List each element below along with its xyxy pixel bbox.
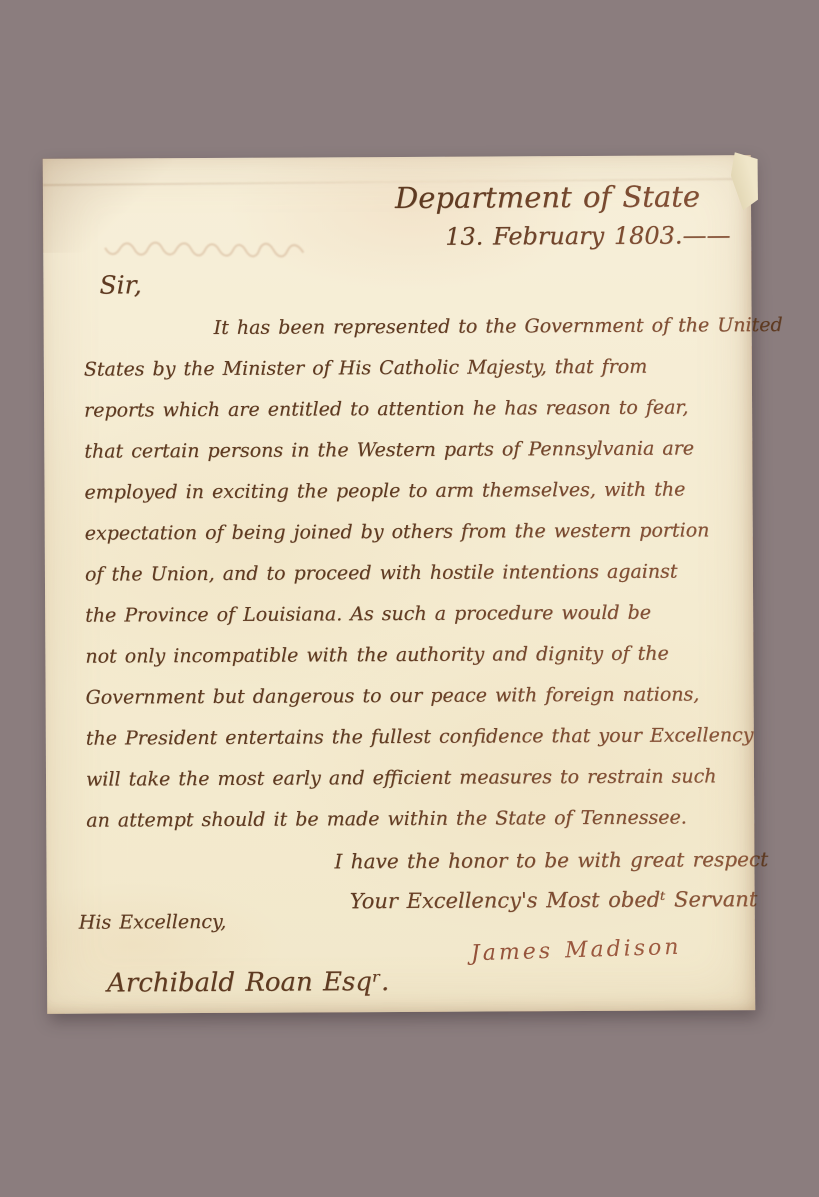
letter-line: reports which are entitled to attention … bbox=[84, 387, 748, 431]
letter-line: Government but dangerous to our peace wi… bbox=[85, 674, 749, 718]
letter-line: that certain persons in the Western part… bbox=[84, 428, 748, 472]
letter-line: expectation of being joined by others fr… bbox=[85, 510, 749, 554]
letter-line: an attempt should it be made within the … bbox=[86, 797, 750, 841]
letter-line: It has been represented to the Governmen… bbox=[84, 305, 748, 349]
recipient-salutation: His Excellency, bbox=[79, 911, 227, 934]
corner-crease bbox=[42, 157, 172, 253]
letter-line: of the Union, and to proceed with hostil… bbox=[85, 551, 749, 595]
letter-paper: Department of State 13. February 1803.——… bbox=[43, 155, 755, 1014]
letter-body: It has been represented to the Governmen… bbox=[84, 305, 751, 841]
date-line: 13. February 1803.—— bbox=[445, 221, 730, 250]
salutation: Sir, bbox=[99, 270, 141, 299]
letter-line: the Province of Louisiana. As such a pro… bbox=[85, 592, 749, 636]
letter-line: will take the most early and efficient m… bbox=[86, 756, 750, 800]
recipient-name: Archibald Roan Esqʳ. bbox=[107, 967, 389, 998]
closing-servant-line: Your Excellency's Most obedᵗ Servant bbox=[350, 887, 758, 913]
ink-bleedthrough bbox=[77, 230, 308, 271]
letter-line: States by the Minister of His Catholic M… bbox=[84, 346, 748, 390]
letter-line: not only incompatible with the authority… bbox=[85, 633, 749, 677]
folded-corner bbox=[731, 152, 758, 210]
closing-honor-line: I have the honor to be with great respec… bbox=[334, 847, 768, 873]
department-heading: Department of State bbox=[395, 179, 700, 215]
scan-background: Department of State 13. February 1803.——… bbox=[0, 0, 819, 1197]
letter-line: employed in exciting the people to arm t… bbox=[84, 469, 748, 513]
letter-line: the President entertains the fullest con… bbox=[86, 715, 750, 759]
signature-james-madison: James Madison bbox=[471, 935, 682, 967]
